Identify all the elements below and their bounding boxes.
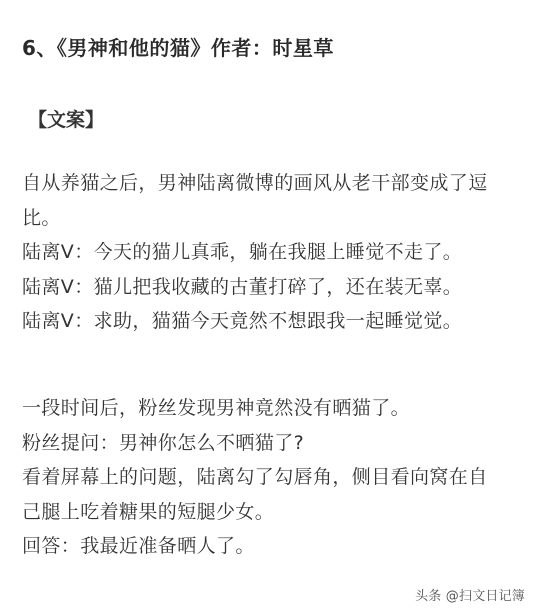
synopsis-paragraph-2: 一段时间后，粉丝发现男神竟然没有晒猫了。 粉丝提问：男神你怎么不晒猫了? 看着屏…: [22, 391, 522, 564]
book-title: 6、《男神和他的猫》作者：时星草: [22, 32, 334, 61]
text-line: 一段时间后，粉丝发现男神竟然没有晒猫了。: [22, 391, 522, 426]
text-line: 粉丝提问：男神你怎么不晒猫了?: [22, 426, 522, 461]
text-line: 陆离V：猫儿把我收藏的古董打碎了，还在装无辜。: [22, 270, 522, 305]
text-line: 陆离V：求助，猫猫今天竟然不想跟我一起睡觉觉。: [22, 304, 522, 339]
text-line: 比。: [22, 201, 522, 236]
source-watermark: 头条 @扫文日记簿: [415, 585, 525, 604]
text-line: 陆离V：今天的猫儿真乖，躺在我腿上睡觉不走了。: [22, 235, 522, 270]
text-line: 己腿上吃着糖果的短腿少女。: [22, 495, 522, 530]
text-line: 回答：我最近准备晒人了。: [22, 529, 522, 564]
text-line: 自从养猫之后，男神陆离微博的画风从老干部变成了逗: [22, 166, 522, 201]
synopsis-paragraph-1: 自从养猫之后，男神陆离微博的画风从老干部变成了逗 比。 陆离V：今天的猫儿真乖，…: [22, 166, 522, 339]
text-line: 看着屏幕上的问题，陆离勾了勾唇角，侧目看向窝在自: [22, 460, 522, 495]
section-heading-synopsis: 【文案】: [28, 105, 104, 132]
